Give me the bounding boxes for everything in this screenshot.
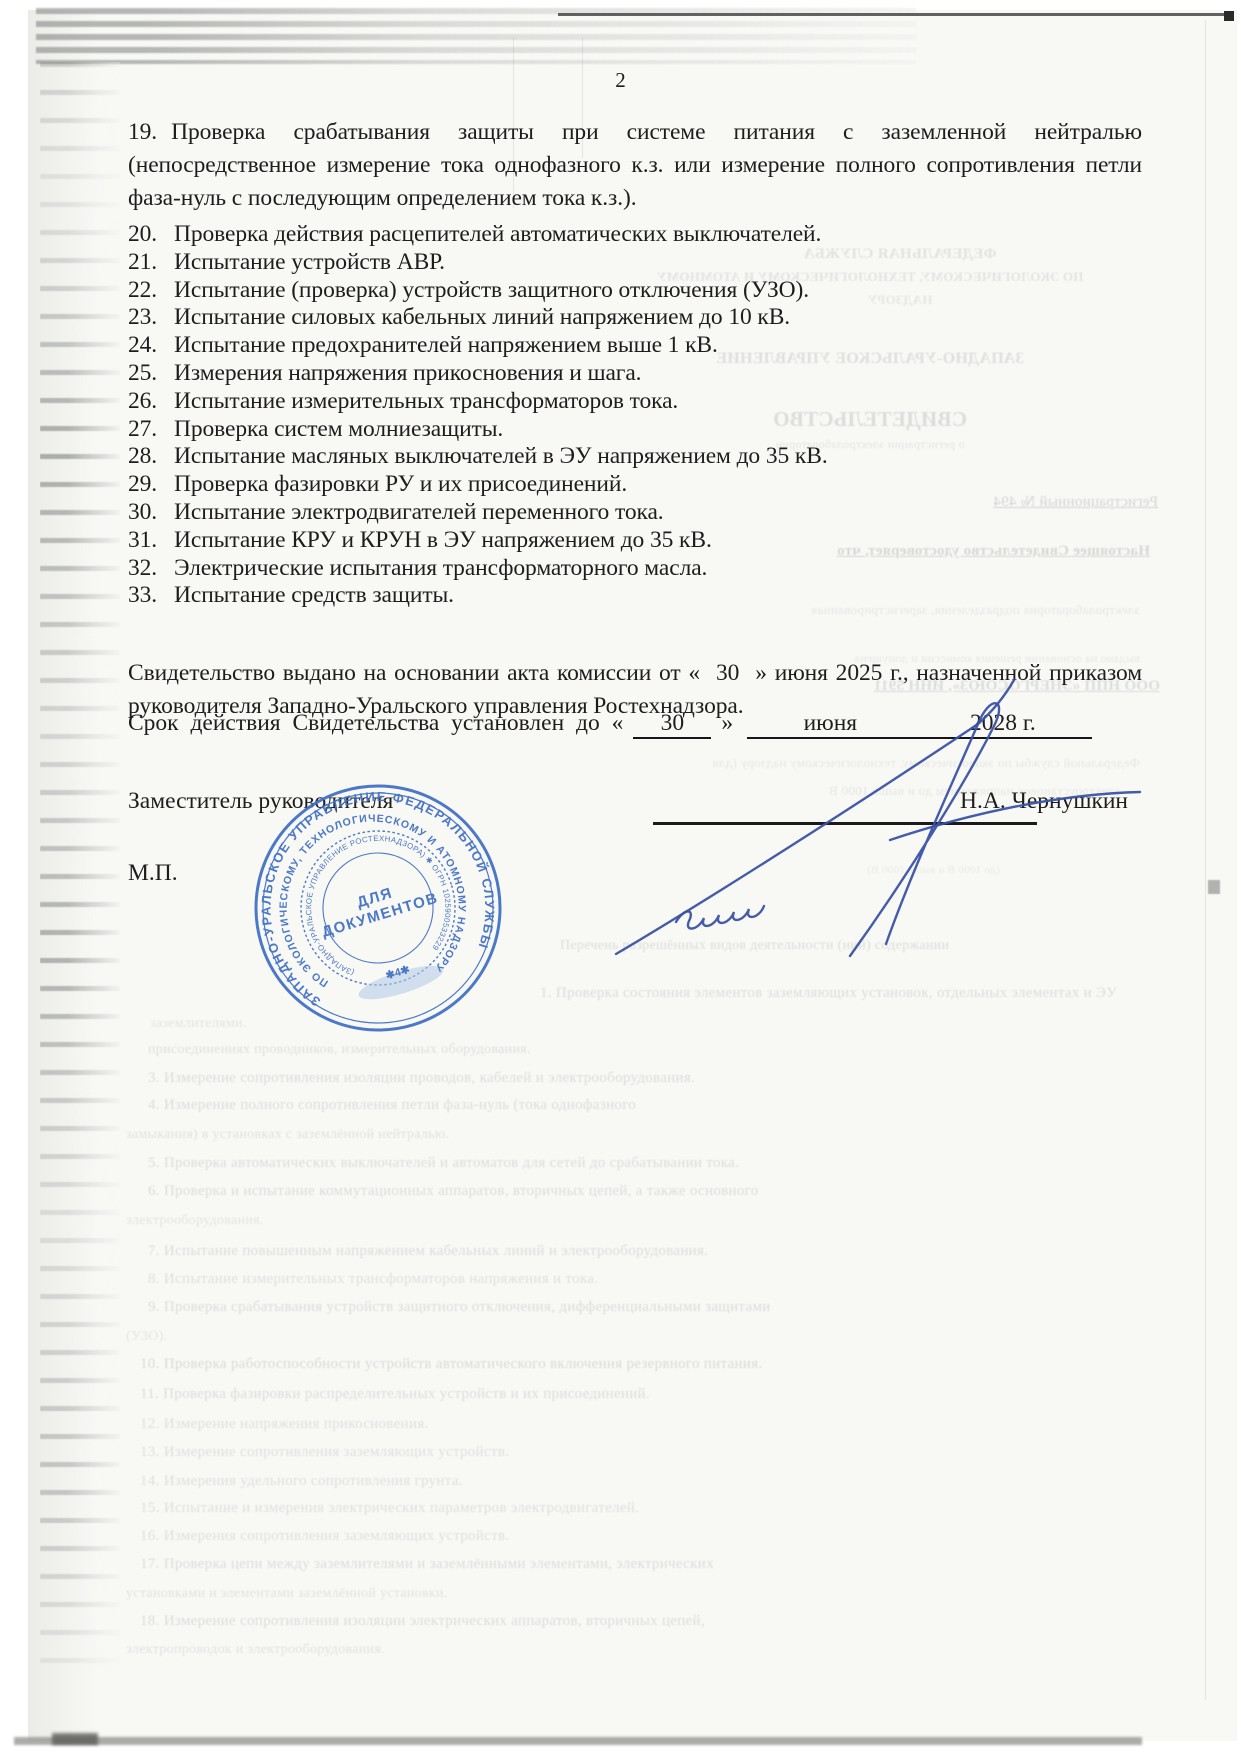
- list-item-number: 25.: [128, 360, 174, 388]
- list-item: 24.Испытание предохранителей напряжением…: [128, 332, 1142, 360]
- list-item-number: 27.: [128, 416, 174, 444]
- list-item-number: 19.: [128, 119, 157, 145]
- ghost-text-line: 4. Измерение полного сопротивления петли…: [148, 1097, 1108, 1114]
- scan-bleed-left-margin: [40, 62, 120, 1672]
- ghost-text-line: 10. Проверка работоспособности устройств…: [140, 1356, 1150, 1373]
- list-item-number: 21.: [128, 249, 174, 277]
- scan-edge-blob: [52, 1733, 98, 1745]
- list-item-text: Проверка фазировки РУ и их присоединений…: [174, 471, 627, 499]
- ghost-text-line: 14. Измерения удельного сопротивления гр…: [140, 1473, 780, 1490]
- list-item-text: Проверка срабатывания защиты при системе…: [128, 119, 1142, 211]
- list-item-text: Измерения напряжения прикосновения и шаг…: [174, 360, 641, 388]
- scan-edge-shadow-bottom: [14, 1737, 1142, 1745]
- list-item-number: 32.: [128, 555, 174, 583]
- ghost-text-line: (УЗО).: [126, 1329, 286, 1344]
- list-item-number: 28.: [128, 443, 174, 471]
- list-item-number: 29.: [128, 471, 174, 499]
- test-items-section: 19.Проверка срабатывания защиты при сист…: [128, 116, 1142, 610]
- ghost-text-line: 6. Проверка и испытание коммутационных а…: [148, 1183, 1148, 1200]
- list-item-text: Испытание электродвигателей переменного …: [174, 499, 664, 527]
- ghost-text-line: 9. Проверка срабатывания устройств защит…: [148, 1299, 1148, 1316]
- scan-edge-line-top: [558, 13, 1230, 16]
- seal-placeholder-label: М.П.: [128, 860, 178, 887]
- test-items-list: 20.Проверка действия расцепителей автома…: [128, 221, 1142, 610]
- list-item-text: Испытание КРУ и КРУН в ЭУ напряжением до…: [174, 527, 712, 555]
- list-item: 32.Электрические испытания трансформатор…: [128, 555, 1142, 583]
- scan-edge-mark: [1224, 11, 1234, 21]
- ghost-text-line: 16. Измерения сопротивления заземляющих …: [140, 1528, 840, 1545]
- list-item-number: 20.: [128, 221, 174, 249]
- validity-text: Срок действия Свидетельства установлен д…: [128, 710, 623, 736]
- list-item-number: 26.: [128, 388, 174, 416]
- list-item-number: 23.: [128, 304, 174, 332]
- signature-ink: [588, 652, 1150, 984]
- ghost-text-line: 7. Испытание повышенным напряжением кабе…: [148, 1243, 1048, 1260]
- list-item: 21.Испытание устройств АВР.: [128, 249, 1142, 277]
- page-number: 2: [0, 68, 1241, 93]
- scan-edge-mark: [1208, 880, 1220, 894]
- ghost-text-line: электропроводок и электрооборудования.: [126, 1642, 686, 1657]
- ghost-text-line: 13. Измерение сопротивления заземляющих …: [140, 1444, 820, 1461]
- list-item: 22.Испытание (проверка) устройств защитн…: [128, 277, 1142, 305]
- list-item-text: Проверка действия расцепителей автоматич…: [174, 221, 821, 249]
- list-item-text: Испытание измерительных трансформаторов …: [174, 388, 678, 416]
- ghost-text-line: 17. Проверка цепи между заземлителями и …: [140, 1556, 1150, 1573]
- ghost-text-line: 8. Испытание измерительных трансформатор…: [148, 1271, 908, 1288]
- ghost-text-line: установками и элементами заземлённой уст…: [126, 1586, 766, 1601]
- list-item-text: Проверка систем молниезащиты.: [174, 416, 503, 444]
- list-item-text: Испытание устройств АВР.: [174, 249, 445, 277]
- ghost-text-line: присоединениях проводников, измерительны…: [148, 1042, 748, 1057]
- list-item: 19.Проверка срабатывания защиты при сист…: [128, 116, 1142, 215]
- paper-fold-line: [1205, 20, 1206, 1700]
- list-item-number: 33.: [128, 582, 174, 610]
- ghost-text-line: 3. Измерение сопротивления изоляции пров…: [148, 1070, 968, 1087]
- ghost-text-line: электрооборудования.: [126, 1213, 526, 1228]
- ghost-text-line: 1. Проверка состояния элементов заземляю…: [540, 985, 1140, 1002]
- ghost-text-line: 11. Проверка фазировки распределительных…: [140, 1386, 1020, 1403]
- scanned-certificate-page: ФЕДЕРАЛЬНАЯ СЛУЖБАПО ЭКОЛОГИЧЕСКОМУ, ТЕХ…: [0, 0, 1241, 1755]
- list-item-text: Испытание масляных выключателей в ЭУ нап…: [174, 443, 828, 471]
- ghost-text-line: 12. Измерение напряжения прикосновения.: [140, 1416, 740, 1433]
- list-item: 28.Испытание масляных выключателей в ЭУ …: [128, 443, 1142, 471]
- list-item: 26.Испытание измерительных трансформатор…: [128, 388, 1142, 416]
- list-item: 31.Испытание КРУ и КРУН в ЭУ напряжением…: [128, 527, 1142, 555]
- list-item-number: 31.: [128, 527, 174, 555]
- ghost-text-line: 15. Испытание и измерения электрических …: [140, 1500, 1000, 1517]
- list-item: 30.Испытание электродвигателей переменно…: [128, 499, 1142, 527]
- ghost-text-line: 5. Проверка автоматических выключателей …: [148, 1155, 1128, 1172]
- list-item: 27.Проверка систем молниезащиты.: [128, 416, 1142, 444]
- scan-noise-top: [36, 8, 916, 64]
- list-item-text: Электрические испытания трансформаторног…: [174, 555, 707, 583]
- list-item: 23.Испытание силовых кабельных линий нап…: [128, 304, 1142, 332]
- list-item-text: Испытание предохранителей напряжением вы…: [174, 332, 718, 360]
- ghost-text-line: 18. Измерение сопротивления изоляции эле…: [140, 1613, 1150, 1630]
- list-item: 20.Проверка действия расцепителей автома…: [128, 221, 1142, 249]
- list-item: 33.Испытание средств защиты.: [128, 582, 1142, 610]
- list-item-text: Испытание силовых кабельных линий напряж…: [174, 304, 790, 332]
- list-item-number: 22.: [128, 277, 174, 305]
- ghost-text-line: замыкания) в установках с заземлённой не…: [126, 1127, 746, 1142]
- list-item: 25.Измерения напряжения прикосновения и …: [128, 360, 1142, 388]
- list-item-number: 30.: [128, 499, 174, 527]
- list-item-text: Испытание средств защиты.: [174, 582, 454, 610]
- list-item-number: 24.: [128, 332, 174, 360]
- list-item-text: Испытание (проверка) устройств защитного…: [174, 277, 809, 305]
- list-item: 29.Проверка фазировки РУ и их присоедине…: [128, 471, 1142, 499]
